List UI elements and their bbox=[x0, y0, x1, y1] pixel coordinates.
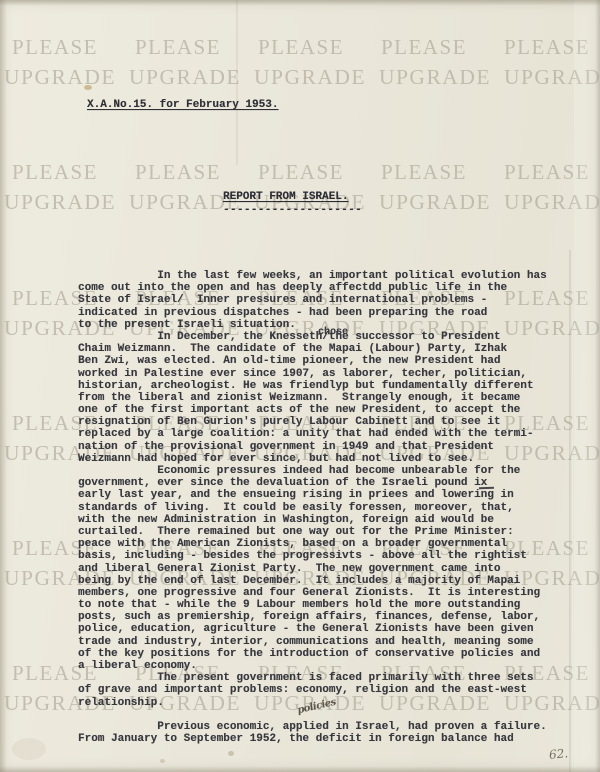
document-reference-line: X.A.No.15. for February 1953. bbox=[87, 99, 278, 111]
body-paragraph: In the last few weeks, an important poli… bbox=[78, 270, 590, 331]
typed-text-line: Previous economic, applied in Israel, ha… bbox=[78, 721, 590, 733]
watermark-word: PLEASE bbox=[12, 160, 98, 185]
watermark-word: PLEASE bbox=[12, 35, 98, 60]
report-heading-block: REPORT FROM ISRAEL. -------------------- bbox=[223, 191, 362, 216]
watermark-word: PLEASE bbox=[135, 35, 221, 60]
typed-text-line: trade and industry, interior, communicat… bbox=[78, 636, 590, 648]
typed-text-line: Weizmann had hoped for ever since, but h… bbox=[78, 453, 590, 465]
typed-text-line: historian, archeologist. He was friendly… bbox=[78, 380, 590, 392]
typed-text-line: one of the first important acts of the n… bbox=[78, 404, 590, 416]
scan-edge-left bbox=[0, 0, 7, 772]
watermark-word: UPGRADE bbox=[254, 65, 366, 90]
watermark-word: PLEASE bbox=[381, 35, 467, 60]
typed-text-line: come out into the open and has deeply af… bbox=[78, 282, 590, 294]
typed-text-line: police, education, agriculture - the Gen… bbox=[78, 623, 590, 635]
typed-text-line: members, one progressive and four Genera… bbox=[78, 587, 590, 599]
typed-text-line: curtailed. There remained but one way ou… bbox=[78, 526, 590, 538]
body-paragraph: Previous economic, applied in Israel, ha… bbox=[78, 721, 590, 745]
paper-stain bbox=[160, 759, 165, 763]
typed-text-line: a liberal economy. bbox=[78, 660, 590, 672]
watermark-row: PLEASEPLEASEPLEASEPLEASEPLEASE bbox=[12, 35, 590, 60]
paper-stain bbox=[228, 751, 234, 756]
typed-text-line: Ben Zwi, was elected. An old-time pionee… bbox=[78, 355, 590, 367]
typed-text-line: State of Israel/ Inner pressures and int… bbox=[78, 294, 590, 306]
typed-text-line: basis, including - besides the progressi… bbox=[78, 550, 590, 562]
watermark-word: UPGRADE bbox=[379, 65, 491, 90]
typed-text-line: worked in Palestine ever since 1907, as … bbox=[78, 368, 590, 380]
typed-text-line: Chaim Weizmann. The candidate of the Map… bbox=[78, 343, 590, 355]
body-paragraph: In December, the Knesseth/the successor … bbox=[78, 331, 590, 465]
document-body-text: In the last few weeks, an important poli… bbox=[78, 270, 590, 745]
typed-text-line: indicated in previous dispatches - had b… bbox=[78, 307, 590, 319]
typed-text-line: to note that - while the 9 Labour member… bbox=[78, 599, 590, 611]
typed-text-line: The present government is faced primaril… bbox=[78, 672, 590, 684]
typed-text-line: of grave and important problems: economy… bbox=[78, 684, 590, 696]
scan-edge-bottom bbox=[0, 766, 600, 772]
typed-text-line: peace with the American Zionists, based … bbox=[78, 538, 590, 550]
typed-insertion-chose: chose bbox=[318, 327, 348, 338]
typed-text-line: replaced by a large coalition: a unity t… bbox=[78, 428, 590, 440]
paper-crease-top bbox=[236, 0, 238, 165]
watermark-word: PLEASE bbox=[258, 35, 344, 60]
report-heading-title: REPORT FROM ISRAEL. bbox=[223, 191, 362, 203]
typed-text-line: and liberal General Zionist Party. The n… bbox=[78, 563, 590, 575]
typed-text-line: posts, such as premiership, foreign affa… bbox=[78, 611, 590, 623]
watermark-row: PLEASEPLEASEPLEASEPLEASEPLEASE bbox=[12, 160, 590, 185]
paper-stain bbox=[84, 85, 92, 90]
watermark-word: UPGRADE bbox=[129, 65, 241, 90]
typed-text-line: early last year, and the ensueing rising… bbox=[78, 489, 590, 501]
watermark-word: PLEASE bbox=[381, 160, 467, 185]
typed-text-line: being by the end of last December. It in… bbox=[78, 575, 590, 587]
scan-edge-top bbox=[0, 0, 600, 6]
watermark-row: UPGRADEUPGRADEUPGRADEUPGRADEUPGRADE bbox=[4, 65, 600, 90]
typed-text-line: resignation of Ben Gurion's purely Labou… bbox=[78, 416, 590, 428]
typed-text-line: from the liberal and zionist Weizmann. S… bbox=[78, 392, 590, 404]
watermark-word: PLEASE bbox=[258, 160, 344, 185]
body-paragraph: Economic pressures indeed had become unb… bbox=[78, 465, 590, 672]
scanned-document-page: PLEASEPLEASEPLEASEPLEASEPLEASEUPGRADEUPG… bbox=[0, 0, 600, 772]
typed-text-line: From January to September 1952, the defi… bbox=[78, 733, 590, 745]
typed-text-line: of the key positions for the introductio… bbox=[78, 648, 590, 660]
paper-fold-crease bbox=[569, 250, 573, 772]
typewriter-overstrike-mark bbox=[479, 487, 494, 490]
typed-text-line: government, ever since the devaluation o… bbox=[78, 477, 590, 489]
typed-text-line: Economic pressures indeed had become unb… bbox=[78, 465, 590, 477]
watermark-word: UPGRADE bbox=[379, 190, 491, 215]
typed-text-line: nation of the provisional government in … bbox=[78, 441, 590, 453]
scan-edge-right bbox=[595, 0, 600, 772]
watermark-word: PLEASE bbox=[135, 160, 221, 185]
typed-text-line: with the new Administration in Washingto… bbox=[78, 514, 590, 526]
heading-dashed-underline: -------------------- bbox=[223, 204, 362, 216]
watermark-word: UPGRADE bbox=[4, 65, 116, 90]
typed-text-line: In the last few weeks, an important poli… bbox=[78, 270, 590, 282]
watermark-word: UPGRADE bbox=[4, 190, 116, 215]
page-number: 62. bbox=[548, 746, 568, 762]
typed-text-line: standards of living. It could be easily … bbox=[78, 502, 590, 514]
paper-stain bbox=[12, 738, 46, 760]
